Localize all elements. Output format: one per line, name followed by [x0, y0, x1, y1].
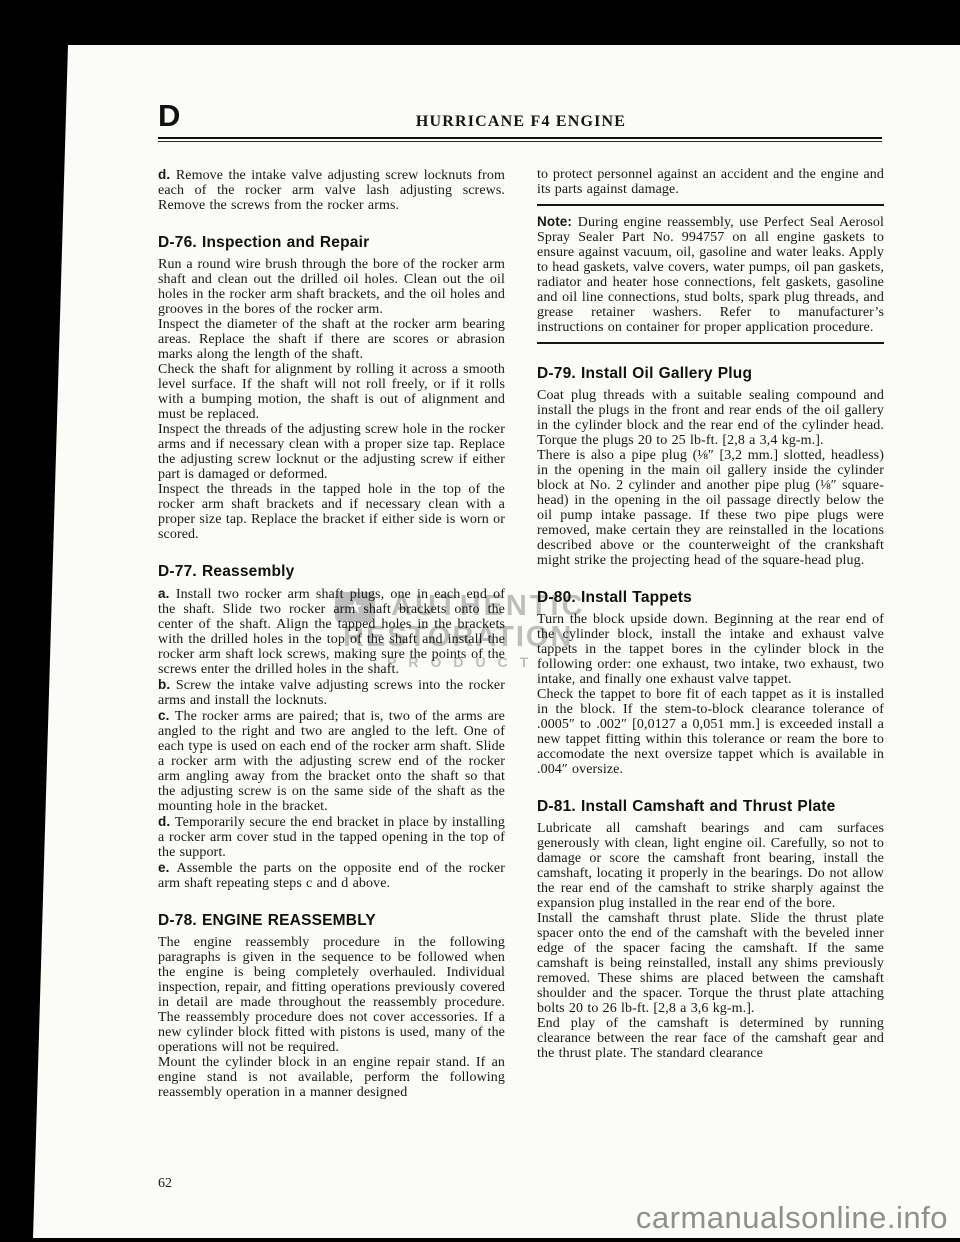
paragraph: to protect personnel against an accident… — [537, 167, 884, 197]
scanned-manual-page: ★ AUTHENTIC RESTORATION PRODUCT D HURRIC… — [0, 0, 960, 1242]
step-paragraph: a. Install two rocker arm shaft plugs, o… — [158, 586, 505, 677]
step-label: e. — [158, 860, 177, 875]
section-heading: D-79. Install Oil Gallery Plug — [537, 365, 884, 383]
section-heading: D-78. ENGINE REASSEMBLY — [158, 912, 505, 930]
paragraph: There is also a pipe plug (⅛″ [3,2 mm.] … — [537, 448, 884, 568]
step-label: d. — [158, 167, 176, 182]
paragraph: Install the camshaft thrust plate. Slide… — [537, 911, 884, 1016]
paragraph: Check the tappet to bore fit of each tap… — [537, 687, 884, 777]
section-heading: D-80. Install Tappets — [537, 589, 884, 607]
paragraph: Inspect the diameter of the shaft at the… — [158, 317, 505, 362]
note-rule — [537, 342, 884, 344]
section-heading: D-77. Reassembly — [158, 563, 505, 581]
step-label: d. — [158, 814, 175, 829]
section-heading: D-81. Install Camshaft and Thrust Plate — [537, 798, 884, 816]
note-rule — [537, 204, 884, 206]
paragraph: Turn the block upside down. Beginning at… — [537, 612, 884, 687]
paragraph: Inspect the threads of the adjusting scr… — [158, 422, 505, 482]
step-paragraph: b. Screw the intake valve adjusting scre… — [158, 677, 505, 708]
paragraph: Coat plug threads with a suitable sealin… — [537, 388, 884, 448]
step-paragraph: c. The rocker arms are paired; that is, … — [158, 708, 505, 814]
page-number: 62 — [158, 1176, 172, 1192]
paragraph: Run a round wire brush through the bore … — [158, 257, 505, 317]
step-label: b. — [158, 677, 176, 692]
paragraph: Inspect the threads in the tapped hole i… — [158, 482, 505, 542]
paragraph: Mount the cylinder block in an engine re… — [158, 1055, 505, 1100]
header-rule — [158, 137, 882, 139]
site-watermark: carmanualsonline.info — [636, 1200, 948, 1236]
section-heading: D-76. Inspection and Repair — [158, 234, 505, 252]
step-paragraph: Note: During engine reassembly, use Perf… — [537, 214, 884, 335]
step-paragraph: e. Assemble the parts on the opposite en… — [158, 860, 505, 891]
step-paragraph: d. Remove the intake valve adjusting scr… — [158, 167, 505, 213]
paragraph: The engine reassembly procedure in the f… — [158, 935, 505, 1055]
step-label: a. — [158, 586, 176, 601]
step-paragraph: d. Temporarily secure the end bracket in… — [158, 814, 505, 860]
column-right: to protect personnel against an accident… — [537, 167, 884, 1061]
step-label: Note: — [537, 214, 578, 229]
header-rule-shadow — [158, 141, 882, 142]
page-title: HURRICANE F4 ENGINE — [160, 113, 882, 131]
column-left: d. Remove the intake valve adjusting scr… — [158, 167, 505, 1100]
paragraph: Lubricate all camshaft bearings and cam … — [537, 821, 884, 911]
paragraph: Check the shaft for alignment by rolling… — [158, 362, 505, 422]
page-paper: ★ AUTHENTIC RESTORATION PRODUCT D HURRIC… — [0, 0, 960, 1242]
paragraph: End play of the camshaft is determined b… — [537, 1016, 884, 1061]
step-label: c. — [158, 708, 175, 723]
